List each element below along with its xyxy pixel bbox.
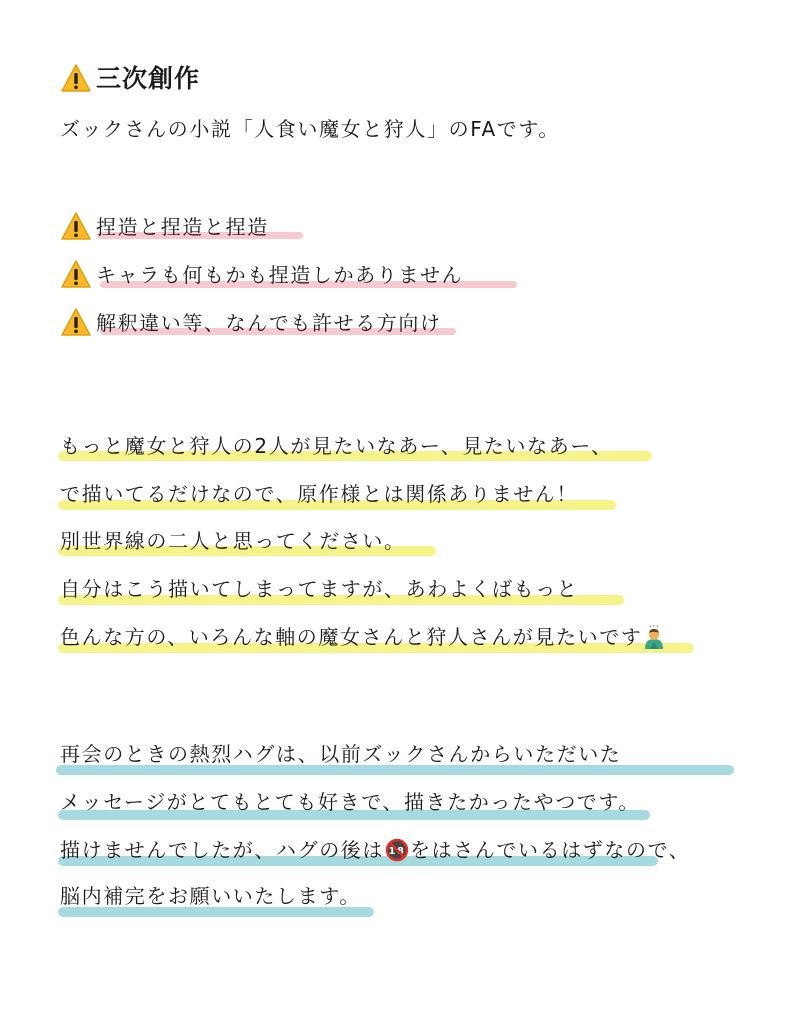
warning-icon [60,258,92,290]
paragraph-line: もっと魔女と狩人の2人が見たいなあー、見たいなあー、 [60,432,613,460]
paragraph-text: もっと魔女と狩人の2人が見たいなあー、見たいなあー、 [60,434,613,458]
paragraph-line: メッセージがとてもとても好きで、描きたかったやつです。 [60,788,640,816]
paragraph-text: をはさんでいるはずなので、 [410,838,690,862]
paragraph-text: 自分はこう描いてしまってますが、あわよくばもっと [60,577,578,601]
paragraph-line: 脳内補完をお願いいたします。 [60,882,361,910]
no-under-18-icon: 18 [385,838,409,862]
warning-text: 解釈違い等、なんでも許せる方向け [96,311,442,335]
warning-icon [60,210,92,242]
intro-text: ズックさんの小説「人食い魔女と狩人」のFAです。 [60,115,560,143]
paragraph-line: 描けませんでしたが、ハグの後は 18 をはさんでいるはずなので、 [60,836,690,864]
warning-text: 捏造と捏造と捏造 [96,215,269,239]
paragraph-text: 色んな方の、いろんな軸の魔女さんと狩人さんが見たいです [60,625,642,649]
warning-item: 捏造と捏造と捏造 [60,212,269,244]
paragraph-line: で描いてるだけなので、原作様とは関係ありません！ [60,480,578,508]
paragraph-text: 脳内補完をお願いいたします。 [60,884,361,908]
title-text: 三次創作 [96,64,200,93]
warning-icon [60,62,92,94]
page-title: 三次創作 [60,64,200,96]
warning-icon [60,306,92,338]
paragraph-text: で描いてるだけなので、原作様とは関係ありません！ [60,482,578,506]
warning-text: キャラも何もかも捏造しかありません [96,263,463,287]
paragraph-line: 色んな方の、いろんな軸の魔女さんと狩人さんが見たいです [60,623,666,651]
paragraph-line: 別世界線の二人と思ってください。 [60,527,406,555]
paragraph-line: 自分はこう描いてしまってますが、あわよくばもっと [60,575,578,603]
paragraph-text: 別世界線の二人と思ってください。 [60,529,406,553]
paragraph-text: メッセージがとてもとても好きで、描きたかったやつです。 [60,790,640,814]
paragraph-text: 描けませんでしたが、ハグの後は [60,838,384,862]
paragraph-line: 再会のときの熱烈ハグは、以前ズックさんからいただいた [60,740,621,768]
paragraph-text: 再会のときの熱烈ハグは、以前ズックさんからいただいた [60,742,621,766]
warning-item: キャラも何もかも捏造しかありません [60,260,463,292]
warning-item: 解釈違い等、なんでも許せる方向け [60,308,442,340]
bowing-man-icon [642,625,666,649]
